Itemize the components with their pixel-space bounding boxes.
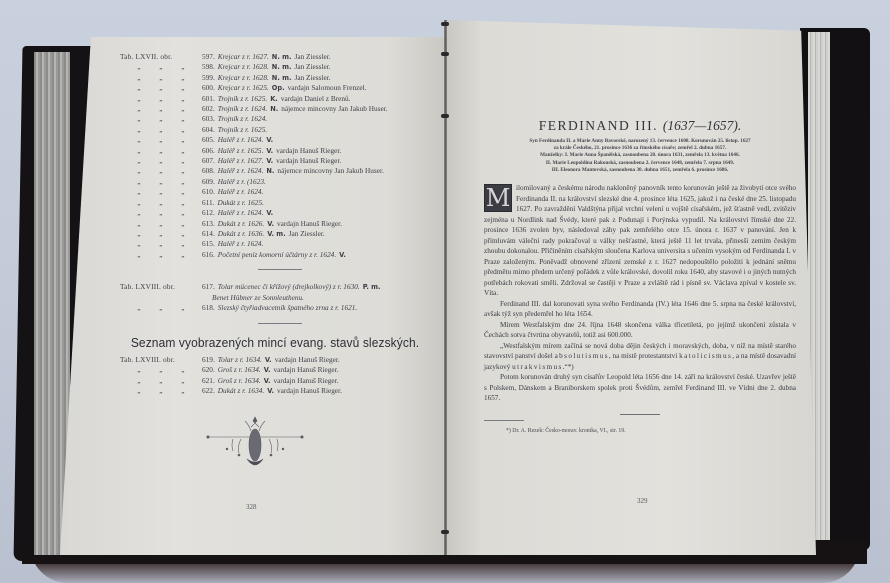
plate-ref: „„„ — [120, 229, 202, 239]
entry-number: 615. — [202, 239, 215, 249]
paragraph-text: ilomilovaný a českému národu nakloněný p… — [484, 184, 796, 297]
ornament-vignette-icon — [205, 415, 305, 475]
coin-description: Trojník z r. 1625. — [218, 94, 267, 104]
plate-ref: Tab. LXVIII. obr. — [120, 355, 202, 365]
mint-master: vardajn Salomoun Frenzel. — [288, 83, 367, 93]
entry-number: 616. — [202, 250, 215, 260]
spaced-term: utrakvismus — [512, 363, 563, 371]
chapter-title: FERDINAND III. (1637—1657). — [484, 118, 796, 134]
entry-number: 619. — [202, 355, 215, 365]
ditto-mark: „ — [150, 187, 172, 197]
spaced-term: absolutismus — [555, 352, 609, 360]
coin-description: Groš z r. 1634. — [218, 376, 261, 386]
mint-master: vardajn Hanuš Rieger. — [273, 376, 338, 386]
plate-ref: „„„ — [120, 365, 202, 375]
chapter-title-years: (1637—1657). — [663, 118, 741, 133]
coin-entry: „„„609.Haléř z r. (1623. — [120, 177, 440, 187]
plate-ref: „„„ — [120, 156, 202, 166]
page-number-left: 328 — [246, 503, 257, 511]
genealogy-line: II. Marie Leopoldina Rakouská, zasnouben… — [484, 160, 796, 167]
ditto-mark: „ — [172, 62, 194, 72]
binding-stitch — [441, 52, 449, 56]
plate-ref: „„„ — [120, 198, 202, 208]
coin-description: Dukát z r. 1625. — [218, 198, 264, 208]
mint-mark: V. — [267, 219, 274, 229]
entry-number: 597. — [202, 52, 215, 62]
ditto-mark: „ — [128, 83, 150, 93]
plate-ref: „„„ — [120, 219, 202, 229]
entry-number: 602. — [202, 104, 215, 114]
ditto-mark: „ — [128, 146, 150, 156]
coin-entry: „„„605.Haléř z r. 1624.V. — [120, 135, 440, 145]
ditto-mark: „ — [172, 208, 194, 218]
coin-entry: „„„622.Dukát z r. 1634.V.vardajn Hanuš R… — [120, 386, 440, 396]
coin-description: Haléř z r. 1627. — [218, 156, 264, 166]
mint-mark: N. m. — [272, 52, 292, 62]
ditto-mark: „ — [150, 177, 172, 187]
ditto-mark: „ — [150, 156, 172, 166]
ditto-mark: „ — [150, 62, 172, 72]
coin-description: Tolar mücenec či křížový (drejkolkový) z… — [218, 282, 360, 292]
ditto-mark: „ — [150, 219, 172, 229]
plate-ref: „„„ — [120, 166, 202, 176]
entry-number: 610. — [202, 187, 215, 197]
ditto-mark: „ — [172, 386, 194, 396]
plate-ref: „„„ — [120, 208, 202, 218]
ditto-mark: „ — [128, 177, 150, 187]
entry-number: 613. — [202, 219, 215, 229]
coin-entry: „„„615.Haléř z r. 1624. — [120, 239, 440, 249]
ditto-mark: „ — [128, 239, 150, 249]
ditto-mark: „ — [150, 73, 172, 83]
entry-number: 612. — [202, 208, 215, 218]
mint-mark: V. m. — [267, 229, 285, 239]
ditto-mark: „ — [172, 239, 194, 249]
ditto-mark: „ — [150, 146, 172, 156]
genealogy-line: III. Eleonora Mantovská, zasnoubena 30. … — [484, 167, 796, 174]
ditto-mark: „ — [128, 73, 150, 83]
divider-rule — [620, 414, 660, 415]
plate-ref: Tab. LXVII. obr. — [120, 52, 202, 62]
ditto-mark: „ — [128, 208, 150, 218]
quote-paragraph: „Westfalským mírem začíná se nová doba d… — [484, 341, 796, 373]
coin-description: Haléř z r. 1624. — [218, 239, 264, 249]
coin-description: Haléř z r. 1624. — [218, 208, 264, 218]
coin-description: Početní peníz komorní účtárny z r. 1624. — [218, 250, 336, 260]
mint-mark: P. m. — [363, 282, 381, 292]
coin-entry: „„„606.Haléř z r. 1625.V.vardajn Hanuš R… — [120, 146, 440, 156]
entry-number: 606. — [202, 146, 215, 156]
coin-entry: „„„613.Dukát z r. 1626.V.vardajn Hanuš R… — [120, 219, 440, 229]
genealogy-line: Manželky: I. Marie Anna Španělská, zasno… — [484, 152, 796, 159]
coin-description: Trojník z r. 1624. — [218, 104, 267, 114]
ditto-mark: „ — [128, 250, 150, 260]
mint-mark: V. — [266, 208, 273, 218]
mint-mark: Op. — [272, 83, 285, 93]
plate-ref: „„„ — [120, 239, 202, 249]
coin-entry: „„„610.Haléř z r. 1624. — [120, 187, 440, 197]
ditto-mark: „ — [150, 239, 172, 249]
mint-mark: V. — [264, 365, 271, 375]
ditto-mark: „ — [172, 94, 194, 104]
ditto-mark: „ — [128, 104, 150, 114]
mint-mark: K. — [270, 94, 278, 104]
chapter-genealogy-header: Syn Ferdinanda II. a Marie Anny Bavorské… — [484, 138, 796, 174]
coin-list-silesian: Tab. LXVIII. obr.619.Tolar z r. 1634.V.v… — [120, 355, 440, 397]
ditto-mark: „ — [172, 146, 194, 156]
ditto-mark: „ — [150, 376, 172, 386]
coin-description: Dukát z r. 1634. — [218, 386, 264, 396]
mint-master: nájemce mincovny Jan Jakub Huser. — [281, 104, 387, 114]
entry-number: 621. — [202, 376, 215, 386]
plate-ref: „„„ — [120, 94, 202, 104]
ditto-mark: „ — [172, 365, 194, 375]
ditto-mark: „ — [128, 365, 150, 375]
entry-number: 605. — [202, 135, 215, 145]
plate-ref: „„„ — [120, 62, 202, 72]
coin-entry: „„„598.Krejcar z r. 1628.N. m.Jan Ziessl… — [120, 62, 440, 72]
coin-entry: „„„614.Dukát z r. 1636.V. m.Jan Ziessler… — [120, 229, 440, 239]
ditto-mark: „ — [150, 386, 172, 396]
ditto-mark: „ — [128, 303, 150, 313]
coin-entry: „„„601.Trojník z r. 1625.K.vardajn Danie… — [120, 94, 440, 104]
coin-description: Groš z r. 1634. — [218, 365, 261, 375]
plate-ref: „„„ — [120, 146, 202, 156]
mint-master: Jan Ziessler. — [289, 229, 325, 239]
ditto-mark: „ — [172, 104, 194, 114]
coin-entry: Tab. LXVII. obr.597.Krejcar z r. 1627.N.… — [120, 52, 440, 62]
coin-entry: „„„599.Krejcar z r. 1628.N. m.Jan Ziessl… — [120, 73, 440, 83]
ditto-mark: „ — [150, 303, 172, 313]
entry-number: 608. — [202, 166, 215, 176]
plate-ref: „„„ — [120, 83, 202, 93]
divider-rule — [258, 269, 302, 270]
quote-text: , na místě protestantství — [609, 352, 679, 360]
paragraph: Milomilovaný a českému národu nakloněný … — [484, 183, 796, 299]
binding-stitch — [441, 530, 449, 534]
left-page-text: Tab. LXVII. obr.597.Krejcar z r. 1627.N.… — [120, 52, 440, 396]
coin-description: Krejcar z r. 1628. — [218, 73, 269, 83]
plate-ref: „„„ — [120, 386, 202, 396]
ditto-mark: „ — [172, 229, 194, 239]
ditto-mark: „ — [128, 386, 150, 396]
mint-mark: N. m. — [272, 62, 292, 72]
entry-number: 617. — [202, 282, 215, 292]
ditto-mark: „ — [128, 376, 150, 386]
plate-ref: „„„ — [120, 104, 202, 114]
coin-entry: Benet Hübner ze Sonnleuthenu. — [120, 293, 440, 303]
ditto-mark: „ — [150, 365, 172, 375]
ditto-mark: „ — [128, 187, 150, 197]
plate-ref: „„„ — [120, 250, 202, 260]
ditto-mark: „ — [150, 114, 172, 124]
coin-entry: „„„604.Trojník z r. 1625. — [120, 125, 440, 135]
coin-entry: „„„611.Dukát z r. 1625. — [120, 198, 440, 208]
binding-stitch — [441, 22, 449, 26]
coin-description: Benet Hübner ze Sonnleuthenu. — [212, 293, 304, 303]
mint-master: vardajn Hanuš Rieger. — [277, 386, 342, 396]
coin-description: Trojník z r. 1624. — [218, 114, 267, 124]
coin-list-lxviii: Tab. LXVIII. obr.617.Tolar mücenec či kř… — [120, 282, 440, 313]
mint-mark: V. — [267, 386, 274, 396]
entry-number: 603. — [202, 114, 215, 124]
coin-description: Haléř z r. 1624. — [218, 187, 264, 197]
plate-ref: „„„ — [120, 73, 202, 83]
ditto-mark: „ — [172, 219, 194, 229]
plate-ref: „„„ — [120, 303, 202, 313]
ditto-mark: „ — [150, 250, 172, 260]
coin-entry: „„„620.Groš z r. 1634.V.vardajn Hanuš Ri… — [120, 365, 440, 375]
entry-number: 598. — [202, 62, 215, 72]
ditto-mark: „ — [172, 187, 194, 197]
entry-number: 604. — [202, 125, 215, 135]
coin-entry: „„„600.Krejcar z r. 1625.Op.vardajn Salo… — [120, 83, 440, 93]
mint-master: vardajn Hanuš Rieger. — [275, 355, 340, 365]
ditto-mark: „ — [172, 166, 194, 176]
coin-description: Dukát z r. 1636. — [218, 229, 264, 239]
mint-mark: V. — [266, 146, 273, 156]
coin-entry: „„„621.Groš z r. 1634.V.vardajn Hanuš Ri… — [120, 376, 440, 386]
ditto-mark: „ — [150, 104, 172, 114]
mint-master: vardajn Hanuš Rieger. — [276, 156, 341, 166]
ditto-mark: „ — [172, 83, 194, 93]
entry-number: 618. — [202, 303, 215, 313]
coin-entry: „„„603.Trojník z r. 1624. — [120, 114, 440, 124]
mint-master: nájemce mincovny Jan Jakub Huser. — [277, 166, 383, 176]
mint-mark: V. — [266, 135, 273, 145]
coin-entry: „„„618.Slezský čtyřiadvacetník špatného … — [120, 303, 440, 313]
ditto-mark: „ — [150, 135, 172, 145]
plate-ref: „„„ — [120, 125, 202, 135]
coin-description: Krejcar z r. 1627. — [218, 52, 269, 62]
right-page-text: FERDINAND III. (1637—1657). Syn Ferdinan… — [484, 118, 796, 436]
ditto-mark: „ — [172, 177, 194, 187]
ditto-mark: „ — [128, 219, 150, 229]
coin-entry: Tab. LXVIII. obr.617.Tolar mücenec či kř… — [120, 282, 440, 292]
footnote-rule — [484, 420, 524, 421]
plate-ref: „„„ — [120, 177, 202, 187]
coin-list-lxvii: Tab. LXVII. obr.597.Krejcar z r. 1627.N.… — [120, 52, 440, 260]
ditto-mark: „ — [172, 73, 194, 83]
entry-number: 607. — [202, 156, 215, 166]
coin-entry: Tab. LXVIII. obr.619.Tolar z r. 1634.V.v… — [120, 355, 440, 365]
ditto-mark: „ — [128, 114, 150, 124]
coin-description: Haléř z r. 1624. — [218, 166, 264, 176]
plate-ref: Tab. LXVIII. obr. — [120, 282, 202, 292]
ditto-mark: „ — [150, 166, 172, 176]
binding-stitch — [441, 114, 449, 118]
coin-description: Tolar z r. 1634. — [218, 355, 262, 365]
coin-description: Haléř z r. 1624. — [218, 135, 264, 145]
coin-description: Krejcar z r. 1625. — [218, 83, 269, 93]
entry-number: 614. — [202, 229, 215, 239]
ditto-mark: „ — [172, 198, 194, 208]
ditto-mark: „ — [128, 166, 150, 176]
coin-description: Haléř z r. (1623. — [218, 177, 266, 187]
ditto-mark: „ — [128, 156, 150, 166]
mint-master: Jan Ziessler. — [295, 73, 331, 83]
entry-number: 601. — [202, 94, 215, 104]
mint-mark: V. — [265, 355, 272, 365]
ditto-mark: „ — [128, 198, 150, 208]
plate-ref: „„„ — [120, 376, 202, 386]
mint-master: vardajn Hanuš Rieger. — [277, 219, 342, 229]
drop-cap: M — [484, 184, 512, 212]
paragraph: Potom korunován druhý syn císařův Leopol… — [484, 372, 796, 404]
ditto-mark: „ — [172, 376, 194, 386]
page-number-right: 329 — [637, 497, 648, 505]
coin-entry: „„„602.Trojník z r. 1624.N.nájemce minco… — [120, 104, 440, 114]
coin-entry: „„„607.Haléř z r. 1627.V.vardajn Hanuš R… — [120, 156, 440, 166]
coin-description: Dukát z r. 1626. — [218, 219, 264, 229]
ditto-mark: „ — [172, 250, 194, 260]
ditto-mark: „ — [150, 229, 172, 239]
ditto-mark: „ — [150, 125, 172, 135]
mint-master: vardajn Hanuš Rieger. — [276, 146, 341, 156]
ditto-mark: „ — [172, 125, 194, 135]
coin-description: Haléř z r. 1625. — [218, 146, 264, 156]
plate-ref: „„„ — [120, 187, 202, 197]
divider-rule — [258, 323, 302, 324]
coin-entry: „„„616.Početní peníz komorní účtárny z r… — [120, 250, 440, 260]
entry-number: 600. — [202, 83, 215, 93]
quote-text: .“*) — [563, 363, 574, 371]
entry-number: 599. — [202, 73, 215, 83]
ditto-mark: „ — [128, 62, 150, 72]
mint-master: Jan Ziessler. — [295, 52, 331, 62]
coin-entry: „„„612.Haléř z r. 1624.V. — [120, 208, 440, 218]
entry-number: 609. — [202, 177, 215, 187]
ditto-mark: „ — [150, 198, 172, 208]
ditto-mark: „ — [172, 303, 194, 313]
plate-ref: „„„ — [120, 114, 202, 124]
chapter-title-name: FERDINAND III. — [539, 118, 658, 133]
mint-master: vardajn Daniel z Brenů. — [281, 94, 351, 104]
ditto-mark: „ — [128, 94, 150, 104]
section-title: Seznam vyobrazených mincí evang. stavů s… — [110, 338, 440, 349]
entry-number: 620. — [202, 365, 215, 375]
coin-entry: „„„608.Haléř z r. 1624.N.nájemce mincovn… — [120, 166, 440, 176]
mint-master: Jan Ziessler. — [295, 62, 331, 72]
mint-mark: N. — [270, 104, 278, 114]
mint-master: vardajn Hanuš Rieger. — [273, 365, 338, 375]
mint-mark: N. m. — [272, 73, 292, 83]
coin-description: Trojník z r. 1625. — [218, 125, 267, 135]
ditto-mark: „ — [128, 229, 150, 239]
chapter-body: Milomilovaný a českému národu nakloněný … — [484, 183, 796, 436]
photo-open-book: Tab. LXVII. obr.597.Krejcar z r. 1627.N.… — [0, 0, 890, 583]
spaced-term: katolicismus — [679, 352, 732, 360]
paragraph: Ferdinand III. dal korunovati syna svého… — [484, 299, 796, 320]
mint-mark: V. — [264, 376, 271, 386]
ditto-mark: „ — [150, 94, 172, 104]
footnote: *) Dr. A. Rezek: Česko-morav. kronika, V… — [484, 426, 796, 437]
mint-mark: N. — [266, 166, 274, 176]
plate-ref: „„„ — [120, 135, 202, 145]
book-gutter — [444, 20, 447, 555]
ditto-mark: „ — [172, 156, 194, 166]
coin-description: Slezský čtyřiadvacetník špatného zrna z … — [218, 303, 357, 313]
ditto-mark: „ — [150, 83, 172, 93]
entry-number: 611. — [202, 198, 215, 208]
paragraph: Mírem Westfalským dne 24. října 1648 sko… — [484, 320, 796, 341]
ditto-mark: „ — [150, 208, 172, 218]
mint-mark: V. — [339, 250, 346, 260]
mint-mark: V. — [266, 156, 273, 166]
ditto-mark: „ — [128, 135, 150, 145]
ditto-mark: „ — [172, 114, 194, 124]
coin-description: Krejcar z r. 1628. — [218, 62, 269, 72]
ditto-mark: „ — [172, 135, 194, 145]
ditto-mark: „ — [128, 125, 150, 135]
entry-number: 622. — [202, 386, 215, 396]
